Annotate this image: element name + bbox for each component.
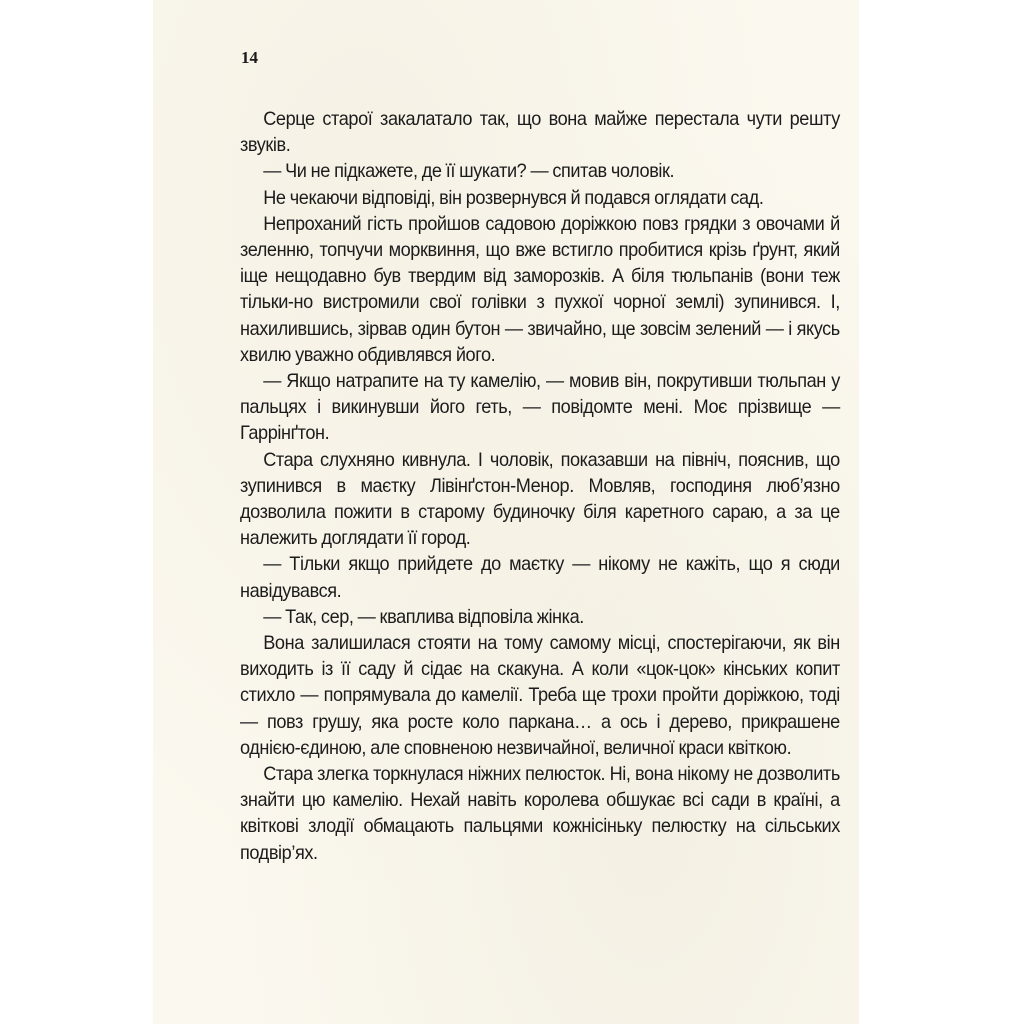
paragraph: Стара злегка торкнулася ніжних пелюсток.… (240, 761, 840, 866)
paragraph-dialogue: — Тільки якщо прийдете до маєтку — ніком… (240, 551, 840, 603)
paragraph: Серце старої закалатало так, що вона май… (240, 106, 840, 158)
paragraph: Не чекаючи відповіді, він розвернувся й … (240, 185, 840, 211)
page-number: 14 (241, 48, 258, 68)
book-page: 14 Серце старої закалатало так, що вона … (153, 0, 859, 1024)
body-text: Серце старої закалатало так, що вона май… (240, 106, 840, 866)
paragraph-dialogue: — Якщо натрапите на ту камелію, — мовив … (240, 368, 840, 447)
paragraph: Вона залишилася стояти на тому самому мі… (240, 630, 840, 761)
paragraph: Непроханий гість пройшов садовою доріжко… (240, 211, 840, 368)
paragraph-dialogue: — Так, сер, — кваплива відповіла жінка. (240, 604, 840, 630)
paragraph-dialogue: — Чи не підкажете, де її шукати? — спита… (240, 158, 840, 184)
paragraph: Стара слухняно кивнула. І чоловік, показ… (240, 447, 840, 552)
